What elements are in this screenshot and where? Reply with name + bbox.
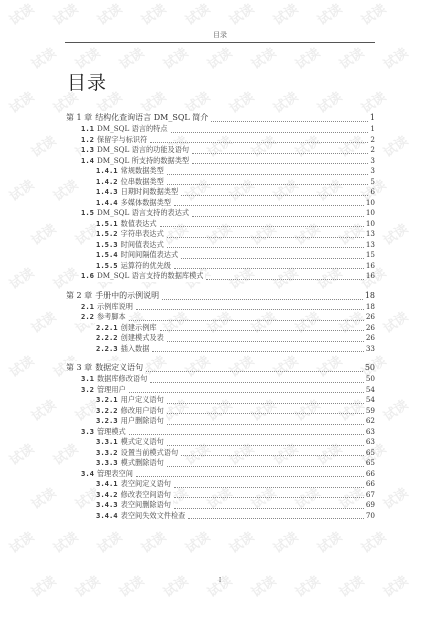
toc-entry-label: 1.2保留字与标识符 bbox=[81, 135, 149, 146]
toc-entry-label: 3.4.4表空间失效文件检查 bbox=[96, 511, 187, 522]
toc-entry-title: 位串数据类型 bbox=[121, 177, 164, 188]
dot-leader bbox=[174, 487, 364, 488]
toc-entry-title: 用户定义语句 bbox=[121, 395, 164, 406]
page-title: 目录 bbox=[67, 68, 107, 95]
toc-entry-number: 3.2 bbox=[81, 385, 94, 396]
toc-subsection-entry[interactable]: 1.4.3日期时间数据类型6 bbox=[66, 187, 375, 198]
toc-entry-number: 1.4 bbox=[81, 156, 94, 167]
toc-entry-title: 修改表空间语句 bbox=[121, 490, 171, 501]
toc-section-entry[interactable]: 2.2参考脚本26 bbox=[66, 312, 375, 323]
toc-subsection-entry[interactable]: 3.2.2修改用户语句59 bbox=[66, 406, 375, 417]
toc-entry-page: 13 bbox=[365, 229, 375, 240]
toc-entry-label: 2.2.3插入数据 bbox=[96, 344, 151, 355]
toc-entry-number: 3.1 bbox=[81, 374, 94, 385]
toc-entry-title: 创建模式及表 bbox=[121, 333, 164, 344]
toc-entry-label: 3.2管理用户 bbox=[81, 385, 128, 396]
toc-entry-page: 67 bbox=[365, 490, 375, 501]
dot-leader bbox=[206, 279, 363, 280]
dot-leader bbox=[192, 216, 364, 217]
toc-entry-title: 时间间隔值表达式 bbox=[121, 250, 179, 261]
toc-entry-label: 1.5.2字符串表达式 bbox=[96, 229, 166, 240]
dot-leader bbox=[174, 508, 364, 509]
toc-entry-label: 3.4.2修改表空间语句 bbox=[96, 490, 173, 501]
toc-entry-title: 管理模式 bbox=[97, 427, 126, 438]
toc-entry-title: 用户删除语句 bbox=[121, 416, 164, 427]
toc-subsection-entry[interactable]: 1.5.5运算符的优先级16 bbox=[66, 261, 375, 272]
toc-entry-title: 表空间定义语句 bbox=[121, 479, 171, 490]
dot-leader bbox=[174, 205, 364, 206]
toc-entry-title: 多媒体数据类型 bbox=[121, 198, 171, 209]
toc-entry-label: 3.3.2设置当前模式语句 bbox=[96, 448, 180, 459]
toc-entry-page: 63 bbox=[365, 427, 375, 438]
toc-entry-number: 1.4.2 bbox=[96, 177, 118, 188]
dot-leader bbox=[167, 184, 369, 185]
toc-entry-title: 运算符的优先级 bbox=[121, 261, 171, 272]
toc-entry-number: 3.4.4 bbox=[96, 511, 118, 522]
toc-section-entry[interactable]: 3.4管理表空间66 bbox=[66, 469, 375, 480]
toc-entry-number: 2.1 bbox=[81, 302, 94, 313]
toc-section-entry[interactable]: 1.6DM_SQL 语言支持的数据库模式16 bbox=[66, 271, 375, 282]
toc-entry-page: 2 bbox=[369, 145, 375, 156]
dot-leader bbox=[162, 299, 363, 300]
dot-leader bbox=[167, 466, 364, 467]
toc-entry-title: 插入数据 bbox=[121, 344, 150, 355]
toc-entry-title: 数据定义语句 bbox=[95, 361, 143, 374]
toc-entry-title: 示例库说明 bbox=[97, 302, 133, 313]
toc-subsection-entry[interactable]: 3.2.3用户删除语句62 bbox=[66, 416, 375, 427]
toc-subsection-entry[interactable]: 3.3.1模式定义语句63 bbox=[66, 437, 375, 448]
toc-entry-page: 26 bbox=[365, 323, 375, 334]
toc-entry-title: 创建示例库 bbox=[121, 323, 157, 334]
toc-entry-title: DM_SQL 语言支持的表达式 bbox=[97, 208, 189, 219]
dot-leader bbox=[188, 518, 364, 519]
toc-entry-label: 3.1数据库修改语句 bbox=[81, 374, 149, 385]
toc-entry-page: 50 bbox=[364, 361, 375, 374]
dot-leader bbox=[167, 237, 364, 238]
toc-entry-title: DM_SQL 语言的功能及语句 bbox=[97, 145, 189, 156]
toc-entry-number: 1.5.5 bbox=[96, 261, 118, 272]
toc-entry-page: 1 bbox=[369, 111, 375, 124]
toc-section-entry[interactable]: 1.1DM_SQL 语言的特点1 bbox=[66, 124, 375, 135]
toc-entry-number: 3.4 bbox=[81, 469, 94, 480]
dot-leader bbox=[136, 309, 364, 310]
toc-entry-label: 1.5.4时间间隔值表达式 bbox=[96, 250, 180, 261]
toc-entry-number: 1.3 bbox=[81, 145, 94, 156]
toc-entry-label: 1.4DM_SQL 所支持的数据类型 bbox=[81, 156, 191, 167]
toc-entry-page: 16 bbox=[365, 261, 375, 272]
toc-subsection-entry[interactable]: 1.4.2位串数据类型5 bbox=[66, 177, 375, 188]
toc-entry-title: 字符串表达式 bbox=[121, 229, 164, 240]
toc-entry-title: 模式定义语句 bbox=[121, 437, 164, 448]
toc-section-entry[interactable]: 1.2保留字与标识符2 bbox=[66, 135, 375, 146]
toc-entry-number: 3.4.1 bbox=[96, 479, 118, 490]
toc-entry-number: 1.4.1 bbox=[96, 166, 118, 177]
toc-entry-page: 33 bbox=[365, 344, 375, 355]
toc-subsection-entry[interactable]: 2.2.1创建示例库26 bbox=[66, 323, 375, 334]
toc-entry-label: 1.1DM_SQL 语言的特点 bbox=[81, 124, 170, 135]
toc-entry-page: 66 bbox=[365, 479, 375, 490]
dot-leader bbox=[167, 174, 369, 175]
toc-entry-label: 1.5DM_SQL 语言支持的表达式 bbox=[81, 208, 191, 219]
dot-leader bbox=[171, 132, 369, 133]
toc-entry-number: 1.5.4 bbox=[96, 250, 118, 261]
toc-entry-page: 15 bbox=[365, 250, 375, 261]
toc-section-entry[interactable]: 3.1数据库修改语句50 bbox=[66, 374, 375, 385]
toc-entry-title: 时间值表达式 bbox=[121, 240, 164, 251]
dot-leader bbox=[181, 455, 364, 456]
toc-entry-page: 2 bbox=[369, 135, 375, 146]
dot-leader bbox=[129, 434, 364, 435]
toc-entry-title: 模式删除语句 bbox=[121, 458, 164, 469]
toc-entry-label: 3.3.1模式定义语句 bbox=[96, 437, 166, 448]
toc-section-entry[interactable]: 3.3管理模式63 bbox=[66, 427, 375, 438]
dot-leader bbox=[136, 476, 364, 477]
toc-entry-page: 69 bbox=[365, 500, 375, 511]
toc-entry-label: 第 1 章结构化查询语言 DM_SQL 简介 bbox=[66, 111, 210, 124]
dot-leader bbox=[150, 382, 364, 383]
toc-entry-label: 3.2.2修改用户语句 bbox=[96, 406, 166, 417]
dot-leader bbox=[160, 226, 364, 227]
toc-entry-page: 65 bbox=[365, 448, 375, 459]
toc-entry-page: 66 bbox=[365, 469, 375, 480]
toc-entry-number: 1.5.3 bbox=[96, 240, 118, 251]
toc-entry-label: 2.1示例库说明 bbox=[81, 302, 135, 313]
toc-subsection-entry[interactable]: 3.4.1表空间定义语句66 bbox=[66, 479, 375, 490]
toc-subsection-entry[interactable]: 2.2.3插入数据33 bbox=[66, 344, 375, 355]
toc-entry-page: 62 bbox=[365, 416, 375, 427]
toc-subsection-entry[interactable]: 3.4.4表空间失效文件检查70 bbox=[66, 511, 375, 522]
dot-leader bbox=[167, 247, 364, 248]
toc-entry-page: 65 bbox=[365, 458, 375, 469]
dot-leader bbox=[181, 195, 368, 196]
toc-chapter-entry[interactable]: 第 2 章手册中的示例说明18 bbox=[66, 289, 375, 302]
dot-leader bbox=[174, 268, 364, 269]
toc-chapter-entry[interactable]: 第 3 章数据定义语句50 bbox=[66, 361, 375, 374]
toc-entry-page: 59 bbox=[365, 406, 375, 417]
toc-entry-page: 3 bbox=[369, 156, 375, 167]
toc-entry-page: 54 bbox=[365, 385, 375, 396]
dot-leader bbox=[146, 371, 363, 372]
toc-entry-label: 3.2.3用户删除语句 bbox=[96, 416, 166, 427]
toc-entry-title: 管理表空间 bbox=[97, 469, 133, 480]
toc-entry-label: 3.4.3表空间删除语句 bbox=[96, 500, 173, 511]
toc-entry-title: 参考脚本 bbox=[97, 312, 126, 323]
document-page: 目录 目录 第 1 章结构化查询语言 DM_SQL 简介11.1DM_SQL 语… bbox=[0, 0, 440, 620]
toc-entry-number: 1.2 bbox=[81, 135, 94, 146]
toc-entry-title: 手册中的示例说明 bbox=[95, 289, 159, 302]
toc-entry-title: 修改用户语句 bbox=[121, 406, 164, 417]
toc-entry-page: 16 bbox=[365, 271, 375, 282]
toc-entry-label: 第 3 章数据定义语句 bbox=[66, 361, 145, 374]
toc-entry-number: 3.2.1 bbox=[96, 395, 118, 406]
toc-section-entry[interactable]: 1.3DM_SQL 语言的功能及语句2 bbox=[66, 145, 375, 156]
toc-entry-number: 1.5.1 bbox=[96, 219, 118, 230]
toc-entry-label: 1.3DM_SQL 语言的功能及语句 bbox=[81, 145, 191, 156]
toc-entry-page: 1 bbox=[369, 124, 375, 135]
toc-subsection-entry[interactable]: 1.5.2字符串表达式13 bbox=[66, 229, 375, 240]
toc-entry-label: 1.6DM_SQL 语言支持的数据库模式 bbox=[81, 271, 205, 282]
toc-entry-page: 13 bbox=[365, 240, 375, 251]
toc-entry-number: 3.4.2 bbox=[96, 490, 118, 501]
toc-entry-title: DM_SQL 所支持的数据类型 bbox=[97, 156, 189, 167]
toc-entry-label: 1.5.3时间值表达式 bbox=[96, 240, 166, 251]
toc-entry-title: DM_SQL 语言支持的数据库模式 bbox=[97, 271, 203, 282]
toc-entry-page: 18 bbox=[365, 302, 375, 313]
toc-entry-number: 1.4.4 bbox=[96, 198, 118, 209]
toc-entry-label: 3.3.3模式删除语句 bbox=[96, 458, 166, 469]
toc-entry-label: 3.2.1用户定义语句 bbox=[96, 395, 166, 406]
toc-entry-label: 2.2.2创建模式及表 bbox=[96, 333, 166, 344]
toc-entry-page: 26 bbox=[365, 333, 375, 344]
toc-subsection-entry[interactable]: 3.3.3模式删除语句65 bbox=[66, 458, 375, 469]
dot-leader bbox=[150, 142, 368, 143]
toc-section-entry[interactable]: 3.2管理用户54 bbox=[66, 385, 375, 396]
toc-entry-label: 3.4管理表空间 bbox=[81, 469, 135, 480]
toc-entry-title: 常规数据类型 bbox=[121, 166, 164, 177]
toc-entry-title: 表空间失效文件检查 bbox=[121, 511, 186, 522]
dot-leader bbox=[152, 351, 363, 352]
toc-entry-number: 1.6 bbox=[81, 271, 94, 282]
chapter-gap bbox=[66, 354, 375, 361]
toc-entry-page: 70 bbox=[365, 511, 375, 522]
toc-entry-number: 1.5 bbox=[81, 208, 94, 219]
toc-entry-label: 1.5.5运算符的优先级 bbox=[96, 261, 173, 272]
toc-entry-label: 1.4.4多媒体数据类型 bbox=[96, 198, 173, 209]
toc-subsection-entry[interactable]: 1.5.4时间间隔值表达式15 bbox=[66, 250, 375, 261]
toc-entry-page: 6 bbox=[369, 187, 375, 198]
toc-chapter-entry[interactable]: 第 1 章结构化查询语言 DM_SQL 简介1 bbox=[66, 111, 375, 124]
toc-entry-page: 18 bbox=[364, 289, 375, 302]
table-of-contents: 第 1 章结构化查询语言 DM_SQL 简介11.1DM_SQL 语言的特点11… bbox=[66, 111, 375, 521]
toc-entry-page: 10 bbox=[365, 219, 375, 230]
toc-entry-number: 3.2.3 bbox=[96, 416, 118, 427]
toc-entry-title: 日期时间数据类型 bbox=[121, 187, 179, 198]
toc-entry-number: 3.3.2 bbox=[96, 448, 118, 459]
toc-entry-number: 2.2 bbox=[81, 312, 94, 323]
toc-subsection-entry[interactable]: 1.4.1常规数据类型3 bbox=[66, 166, 375, 177]
header-rule bbox=[65, 42, 375, 43]
dot-leader bbox=[192, 153, 368, 154]
toc-entry-title: 保留字与标识符 bbox=[97, 135, 147, 146]
toc-subsection-entry[interactable]: 1.4.4多媒体数据类型10 bbox=[66, 198, 375, 209]
toc-entry-page: 10 bbox=[365, 208, 375, 219]
toc-entry-title: 结构化查询语言 DM_SQL 简介 bbox=[95, 111, 208, 124]
toc-subsection-entry[interactable]: 3.4.3表空间删除语句69 bbox=[66, 500, 375, 511]
toc-section-entry[interactable]: 1.4DM_SQL 所支持的数据类型3 bbox=[66, 156, 375, 167]
toc-entry-number: 1.4.3 bbox=[96, 187, 118, 198]
toc-entry-label: 1.4.2位串数据类型 bbox=[96, 177, 166, 188]
toc-entry-title: 数值表达式 bbox=[121, 219, 157, 230]
toc-entry-page: 50 bbox=[365, 374, 375, 385]
toc-entry-label: 1.5.1数值表达式 bbox=[96, 219, 159, 230]
dot-leader bbox=[129, 392, 364, 393]
dot-leader bbox=[160, 330, 364, 331]
toc-entry-title: 设置当前模式语句 bbox=[121, 448, 179, 459]
toc-entry-label: 3.3管理模式 bbox=[81, 427, 128, 438]
toc-entry-page: 5 bbox=[369, 177, 375, 188]
toc-entry-number: 3.4.3 bbox=[96, 500, 118, 511]
toc-subsection-entry[interactable]: 3.3.2设置当前模式语句65 bbox=[66, 448, 375, 459]
toc-subsection-entry[interactable]: 3.4.2修改表空间语句67 bbox=[66, 490, 375, 501]
toc-entry-title: 表空间删除语句 bbox=[121, 500, 171, 511]
toc-entry-number: 第 3 章 bbox=[66, 361, 92, 374]
dot-leader bbox=[181, 258, 364, 259]
toc-entry-page: 63 bbox=[365, 437, 375, 448]
dot-leader bbox=[192, 163, 368, 164]
dot-leader bbox=[129, 320, 364, 321]
toc-entry-page: 54 bbox=[365, 395, 375, 406]
dot-leader bbox=[174, 497, 364, 498]
toc-section-entry[interactable]: 2.1示例库说明18 bbox=[66, 302, 375, 313]
toc-entry-title: DM_SQL 语言的特点 bbox=[97, 124, 168, 135]
toc-subsection-entry[interactable]: 1.5.3时间值表达式13 bbox=[66, 240, 375, 251]
toc-entry-number: 2.2.3 bbox=[96, 344, 118, 355]
toc-entry-number: 第 2 章 bbox=[66, 289, 92, 302]
toc-entry-page: 10 bbox=[365, 198, 375, 209]
toc-entry-label: 1.4.1常规数据类型 bbox=[96, 166, 166, 177]
toc-entry-label: 2.2参考脚本 bbox=[81, 312, 128, 323]
toc-entry-title: 数据库修改语句 bbox=[97, 374, 147, 385]
dot-leader bbox=[211, 121, 368, 122]
toc-entry-title: 管理用户 bbox=[97, 385, 126, 396]
dot-leader bbox=[167, 445, 364, 446]
dot-leader bbox=[167, 424, 364, 425]
toc-entry-number: 3.3.1 bbox=[96, 437, 118, 448]
toc-entry-page: 3 bbox=[369, 166, 375, 177]
toc-entry-label: 1.4.3日期时间数据类型 bbox=[96, 187, 180, 198]
running-header: 目录 bbox=[65, 30, 375, 40]
toc-subsection-entry[interactable]: 2.2.2创建模式及表26 bbox=[66, 333, 375, 344]
page-number: I bbox=[0, 577, 440, 584]
toc-entry-number: 1.5.2 bbox=[96, 229, 118, 240]
toc-entry-number: 第 1 章 bbox=[66, 111, 92, 124]
toc-entry-number: 1.1 bbox=[81, 124, 94, 135]
toc-entry-number: 2.2.2 bbox=[96, 333, 118, 344]
toc-entry-label: 第 2 章手册中的示例说明 bbox=[66, 289, 161, 302]
dot-leader bbox=[167, 341, 364, 342]
toc-subsection-entry[interactable]: 1.5.1数值表达式10 bbox=[66, 219, 375, 230]
chapter-gap bbox=[66, 282, 375, 289]
toc-entry-number: 3.3.3 bbox=[96, 458, 118, 469]
toc-subsection-entry[interactable]: 3.2.1用户定义语句54 bbox=[66, 395, 375, 406]
toc-entry-number: 3.3 bbox=[81, 427, 94, 438]
toc-entry-label: 2.2.1创建示例库 bbox=[96, 323, 159, 334]
dot-leader bbox=[167, 403, 364, 404]
toc-section-entry[interactable]: 1.5DM_SQL 语言支持的表达式10 bbox=[66, 208, 375, 219]
toc-entry-number: 2.2.1 bbox=[96, 323, 118, 334]
toc-entry-label: 3.4.1表空间定义语句 bbox=[96, 479, 173, 490]
dot-leader bbox=[167, 413, 364, 414]
toc-entry-page: 26 bbox=[365, 312, 375, 323]
toc-entry-number: 3.2.2 bbox=[96, 406, 118, 417]
